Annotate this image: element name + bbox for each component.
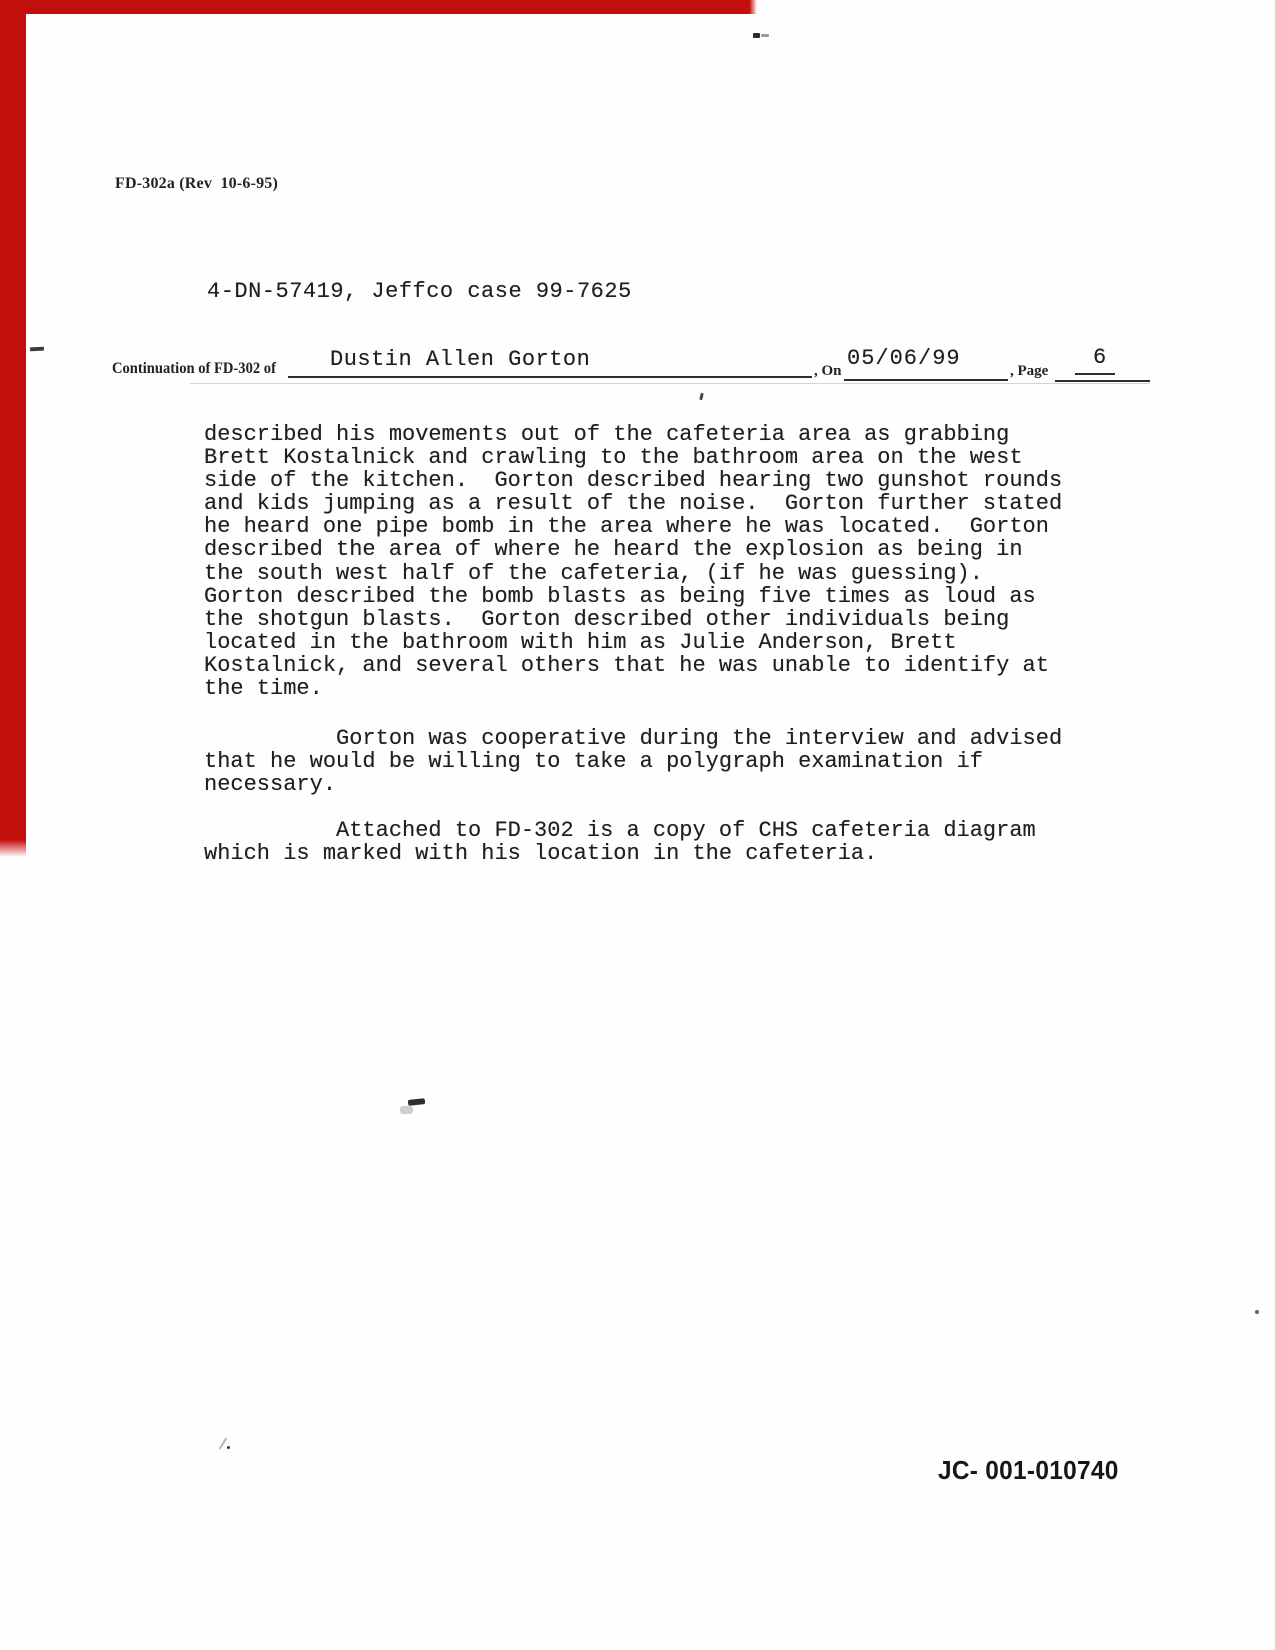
scan-speck-bottom-dot — [227, 1446, 230, 1449]
scan-speck-mid-dash — [408, 1098, 426, 1106]
bates-number-stamp: JC- 001-010740 — [938, 1455, 1119, 1486]
scan-speck-mid-gray — [400, 1106, 413, 1114]
continuation-label: Continuation of FD-302 of — [112, 360, 276, 378]
scan-speck-margin-dash — [30, 347, 44, 352]
page-number-field: 6 — [1093, 346, 1106, 369]
scan-speck-top — [753, 33, 760, 38]
date-field: 05/06/99 — [847, 347, 961, 370]
scan-red-bar-left — [0, 0, 26, 857]
subject-name-field: Dustin Allen Gorton — [330, 348, 590, 371]
body-paragraph-3: Attached to FD-302 is a copy of CHS cafe… — [204, 819, 1036, 865]
date-underline — [844, 379, 1008, 381]
document-page: FD-302a (Rev 10-6-95) 4-DN-57419, Jeffco… — [0, 0, 1275, 1650]
page-number-underline — [1075, 373, 1115, 375]
subject-name-underline — [288, 376, 812, 378]
scan-red-bar-top — [0, 0, 757, 14]
header-faint-rule — [190, 383, 1150, 384]
scan-speck-top-tail — [761, 34, 769, 37]
scan-speck-bottom-tick — [219, 1437, 228, 1449]
scan-speck-cafeteria — [699, 393, 704, 401]
form-number-label: FD-302a (Rev 10-6-95) — [115, 175, 278, 193]
on-label: , On — [814, 363, 842, 380]
page-label: , Page — [1010, 363, 1048, 380]
case-number-line: 4-DN-57419, Jeffco case 99-7625 — [207, 280, 632, 303]
page-number-underline-long — [1055, 380, 1150, 382]
body-paragraph-2: Gorton was cooperative during the interv… — [204, 727, 1062, 796]
body-paragraph-1: described his movements out of the cafet… — [204, 423, 1062, 700]
scan-speck-right — [1255, 1310, 1259, 1314]
